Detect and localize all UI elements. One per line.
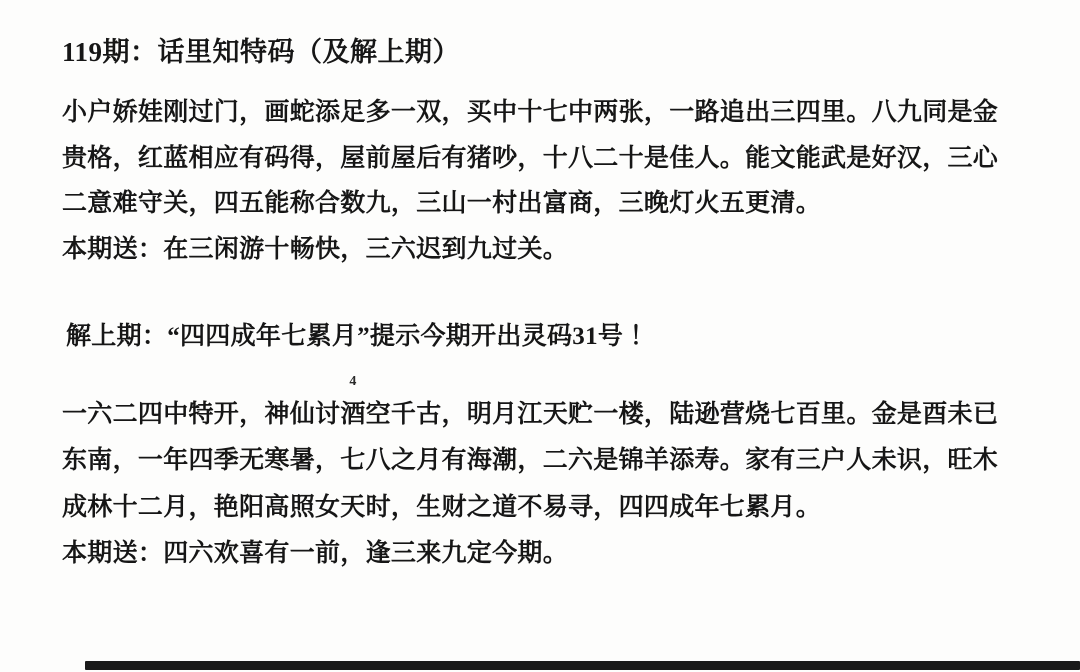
cutoff-text-strip: [85, 661, 1080, 670]
scanned-document-page: 119期：话里知特码（及解上期） 小户娇娃刚过门，画蛇添足多一双，买中十七中两张…: [0, 0, 1080, 672]
verse-line: 小户娇娃刚过门，画蛇添足多一双，买中十七中两张，一路追出三四里。八九同是金: [62, 90, 1030, 136]
handwritten-superscript: 4: [349, 375, 356, 389]
verse-line: 贵格，红蓝相应有码得，屋前屋后有猪吵，十八二十是佳人。能文能武是好汉，三心: [62, 136, 1030, 182]
page-title: 119期：话里知特码（及解上期）: [62, 30, 460, 69]
verse-line-segment: 一六二四中特开，神仙讨: [62, 401, 340, 428]
verse-paragraph-current-issue: 小户娇娃刚过门，画蛇添足多一双，买中十七中两张，一路追出三四里。八九同是金 贵格…: [62, 90, 1030, 273]
previous-issue-solution: 解上期：“四四成年七累月”提示今期开出灵码31号 ！: [66, 316, 655, 352]
verse-line: 东南，一年四季无寒暑，七八之月有海潮，二六是锦羊添寿。家有三户人未识，旺木: [62, 438, 1030, 484]
verse-line: 二意难守关，四五能称合数九，三山一村出富商，三晚灯火五更清。: [62, 181, 1030, 227]
verse-line-bonus: 本期送：在三闲游十畅快，三六迟到九过关。: [62, 227, 1030, 273]
verse-line-segment: 空千古，明月江天贮一楼，陆逊营烧七百里。金是酉未已: [366, 401, 999, 428]
annotated-character: 4酒: [340, 392, 365, 438]
verse-paragraph-previous-issue: 一六二四中特开，神仙讨4酒空千古，明月江天贮一楼，陆逊营烧七百里。金是酉未已 东…: [62, 392, 1030, 577]
verse-line: 一六二四中特开，神仙讨4酒空千古，明月江天贮一楼，陆逊营烧七百里。金是酉未已: [62, 392, 1030, 438]
verse-line-segment: 酒: [340, 401, 365, 428]
verse-line: 成林十二月，艳阳高照女天时，生财之道不易寻，四四成年七累月。: [62, 485, 1030, 531]
verse-line-bonus: 本期送：四六欢喜有一前，逢三来九定今期。: [62, 531, 1030, 577]
